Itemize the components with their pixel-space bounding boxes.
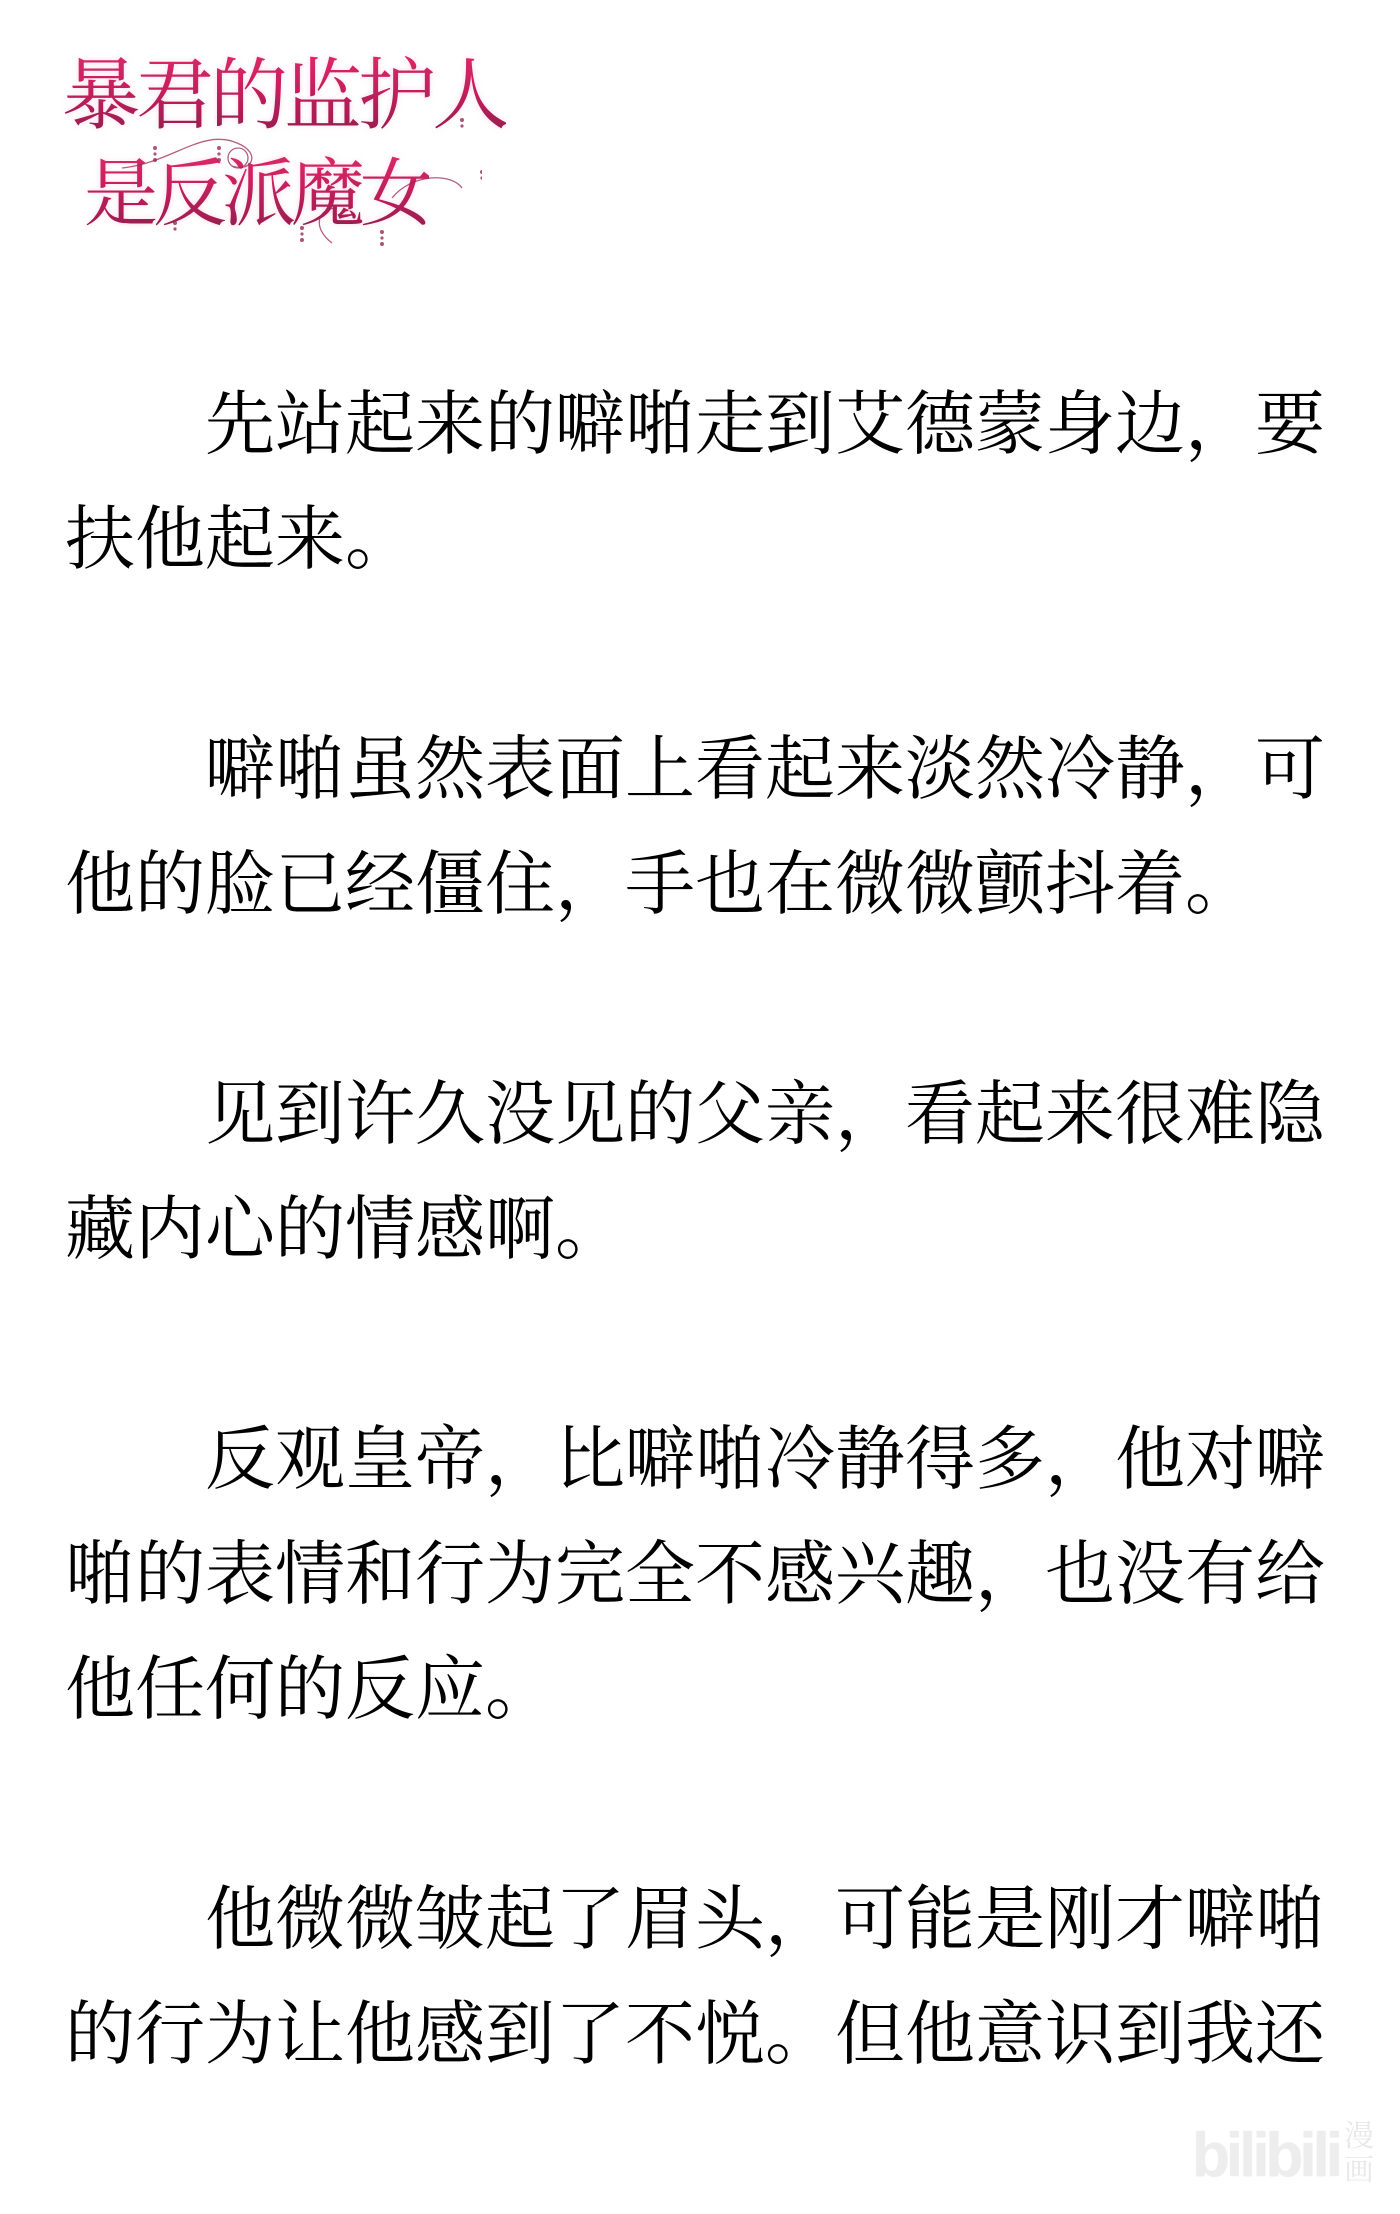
text-line: 先站起来的噼啪走到艾德蒙身边，要 xyxy=(65,367,1335,482)
comic-title-logo: 暴君的监护人 是反派魔女 xyxy=(62,48,482,248)
text-line: 反观皇帝，比噼啪冷静得多，他对噼 xyxy=(65,1402,1335,1517)
text-line: 啪的表情和行为完全不感兴趣，也没有给 xyxy=(65,1517,1335,1632)
watermark-brand-logo-icon: bilibili xyxy=(1192,2118,1339,2194)
paragraph-5: 他微微皱起了眉头，可能是刚才噼啪 的行为让他感到了不悦。但他意识到我还 xyxy=(65,1862,1335,2092)
paragraph-4: 反观皇帝，比噼啪冷静得多，他对噼 啪的表情和行为完全不感兴趣，也没有给 他任何的… xyxy=(65,1402,1335,1747)
bilibili-manga-watermark: bilibili 漫画 xyxy=(1192,2118,1392,2198)
logo-title-line-2: 是反派魔女 xyxy=(84,148,429,240)
watermark-sub-label: 漫画 xyxy=(1344,2120,1380,2188)
text-line: 的行为让他感到了不悦。但他意识到我还 xyxy=(65,1977,1335,2092)
article-body: 先站起来的噼啪走到艾德蒙身边，要 扶他起来。 噼啪虽然表面上看起来淡然冷静，可 … xyxy=(65,367,1335,2207)
text-line: 他的脸已经僵住，手也在微微颤抖着。 xyxy=(65,827,1335,942)
text-line: 扶他起来。 xyxy=(65,482,1335,597)
text-line: 他任何的反应。 xyxy=(65,1632,1335,1747)
text-line: 噼啪虽然表面上看起来淡然冷静，可 xyxy=(65,712,1335,827)
text-line: 藏内心的情感啊。 xyxy=(65,1172,1335,1287)
text-line: 见到许久没见的父亲，看起来很难隐 xyxy=(65,1057,1335,1172)
logo-title-line-1: 暴君的监护人 xyxy=(62,48,506,144)
paragraph-3: 见到许久没见的父亲，看起来很难隐 藏内心的情感啊。 xyxy=(65,1057,1335,1287)
paragraph-1: 先站起来的噼啪走到艾德蒙身边，要 扶他起来。 xyxy=(65,367,1335,597)
paragraph-2: 噼啪虽然表面上看起来淡然冷静，可 他的脸已经僵住，手也在微微颤抖着。 xyxy=(65,712,1335,942)
text-line: 他微微皱起了眉头，可能是刚才噼啪 xyxy=(65,1862,1335,1977)
